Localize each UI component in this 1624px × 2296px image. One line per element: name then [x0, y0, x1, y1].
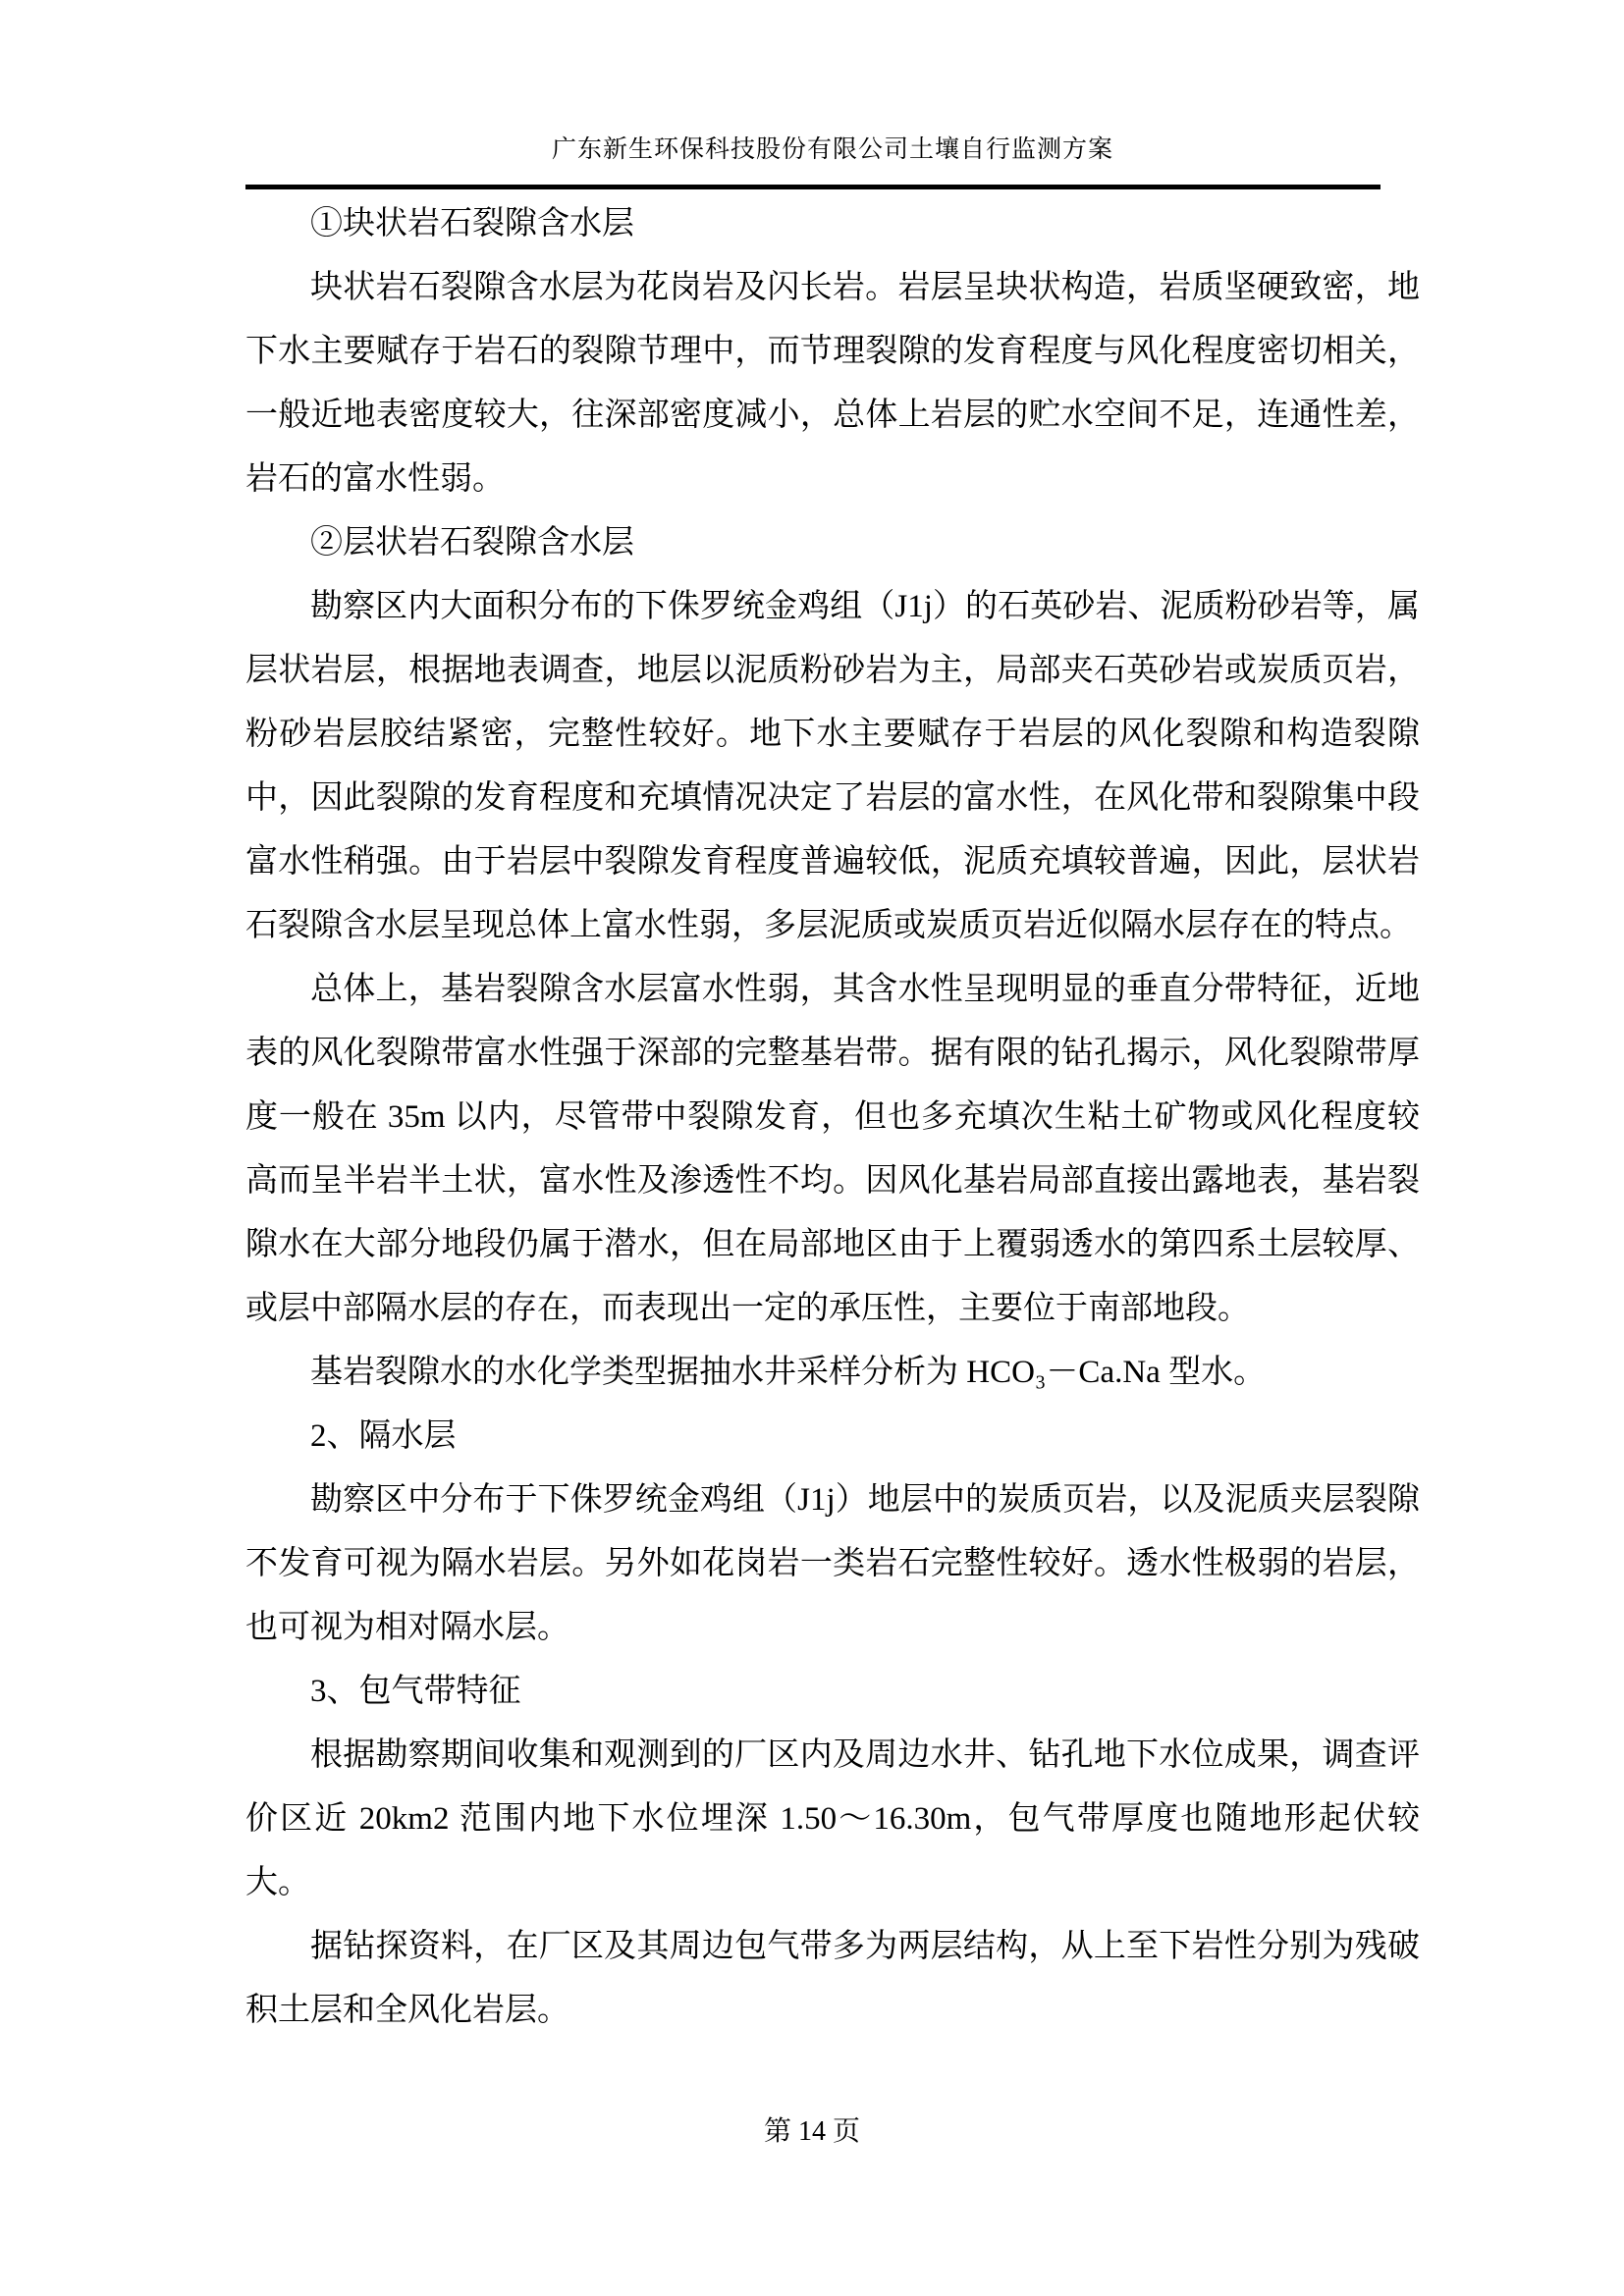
document-body: ①块状岩石裂隙含水层 块状岩石裂隙含水层为花岗岩及闪长岩。岩层呈块状构造，岩质坚… — [245, 192, 1420, 2043]
section-heading: 3、包气带特征 — [245, 1660, 1420, 1724]
paragraph: 块状岩石裂隙含水层为花岗岩及闪长岩。岩层呈块状构造，岩质坚硬致密，地下水主要赋存… — [245, 256, 1420, 511]
paragraph: 勘察区内大面积分布的下侏罗统金鸡组（J1j）的石英砂岩、泥质粉砂岩等，属层状岩层… — [245, 575, 1420, 958]
paragraph: 总体上，基岩裂隙含水层富水性弱，其含水性呈现明显的垂直分带特征，近地表的风化裂隙… — [245, 958, 1420, 1341]
section-heading: 2、隔水层 — [245, 1405, 1420, 1468]
page-header-title: 广东新生环保科技股份有限公司土壤自行监测方案 — [245, 133, 1420, 167]
page-number: 第 14 页 — [0, 2114, 1624, 2150]
paragraph: 勘察区中分布于下侏罗统金鸡组（J1j）地层中的炭质页岩，以及泥质夹层裂隙不发育可… — [245, 1468, 1420, 1660]
section-heading: ①块状岩石裂隙含水层 — [245, 192, 1420, 256]
section-heading: ②层状岩石裂隙含水层 — [245, 511, 1420, 575]
document-page: 广东新生环保科技股份有限公司土壤自行监测方案 ①块状岩石裂隙含水层 块状岩石裂隙… — [0, 0, 1624, 2296]
paragraph: 据钻探资料，在厂区及其周边包气带多为两层结构，从上至下岩性分别为残破积土层和全风… — [245, 1915, 1420, 2043]
paragraph: 根据勘察期间收集和观测到的厂区内及周边水井、钻孔地下水位成果，调查评价区近 20… — [245, 1724, 1420, 1915]
header-divider-rule — [245, 185, 1380, 189]
paragraph: 基岩裂隙水的水化学类型据抽水井采样分析为 HCO₃－Ca.Na 型水。 — [245, 1341, 1420, 1405]
